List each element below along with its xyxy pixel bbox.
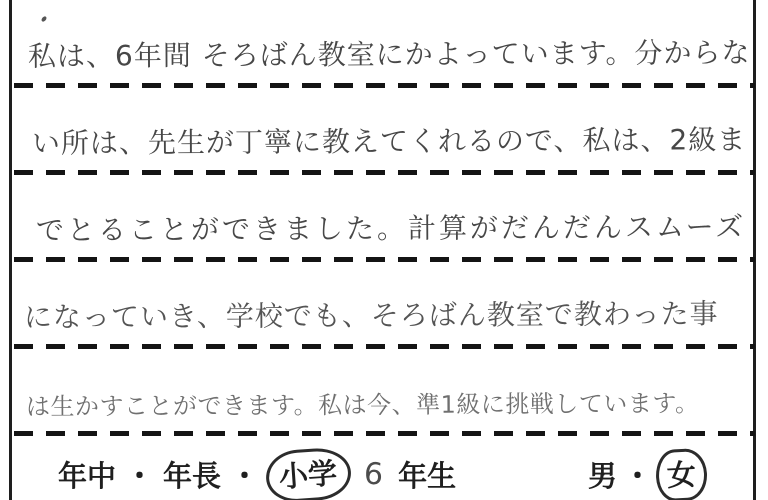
gender-options-group: 男 ・ 女 [588, 454, 705, 495]
grade-option-nenchu: 年中 [58, 454, 116, 495]
ruled-dashed-line-1 [14, 83, 755, 88]
handwritten-line-1: 私は、6年間 そろばん教室にかよっています。分からな [28, 36, 750, 74]
dot-separator: ・ [623, 454, 652, 495]
handwritten-line-3: でとることができました。計算がだんだんスムーズ [36, 210, 750, 248]
ruled-dashed-line-4 [14, 344, 755, 349]
handwritten-line-2: い所は、先生が丁寧に教えてくれるので、私は、2級ま [32, 123, 750, 161]
handwritten-line-5: は生かすことができます。私は今、準1級に挑戦しています。 [26, 386, 750, 424]
selected-gender-circle-female: 女 [655, 447, 709, 500]
form-right-border [753, 0, 756, 500]
selected-grade-circle-shogaku: 小学 [264, 446, 352, 500]
handwritten-grade-number: 6 [363, 457, 384, 493]
form-left-border [9, 0, 12, 500]
gender-option-male: 男 [588, 454, 617, 495]
grade-option-nencho: 年長 [163, 454, 221, 495]
dot-separator: ・ [125, 454, 154, 495]
grade-options-group: 年中 ・ 年長 ・ 小学 6 年生 [58, 454, 456, 495]
grade-gender-row: 年中 ・ 年長 ・ 小学 6 年生 男 ・ 女 [0, 446, 768, 496]
dot-separator: ・ [230, 454, 259, 495]
handwritten-line-4: になっていき、学校でも、そろばん教室で教わった事 [24, 297, 750, 335]
ruled-dashed-line-2 [14, 170, 755, 175]
scan-speck [41, 15, 48, 22]
ruled-dashed-line-5 [14, 431, 755, 436]
grade-year-suffix: 年生 [398, 454, 456, 495]
testimonial-form-scan: 私は、6年間 そろばん教室にかよっています。分からな い所は、先生が丁寧に教えて… [0, 0, 768, 500]
ruled-dashed-line-3 [14, 257, 755, 262]
